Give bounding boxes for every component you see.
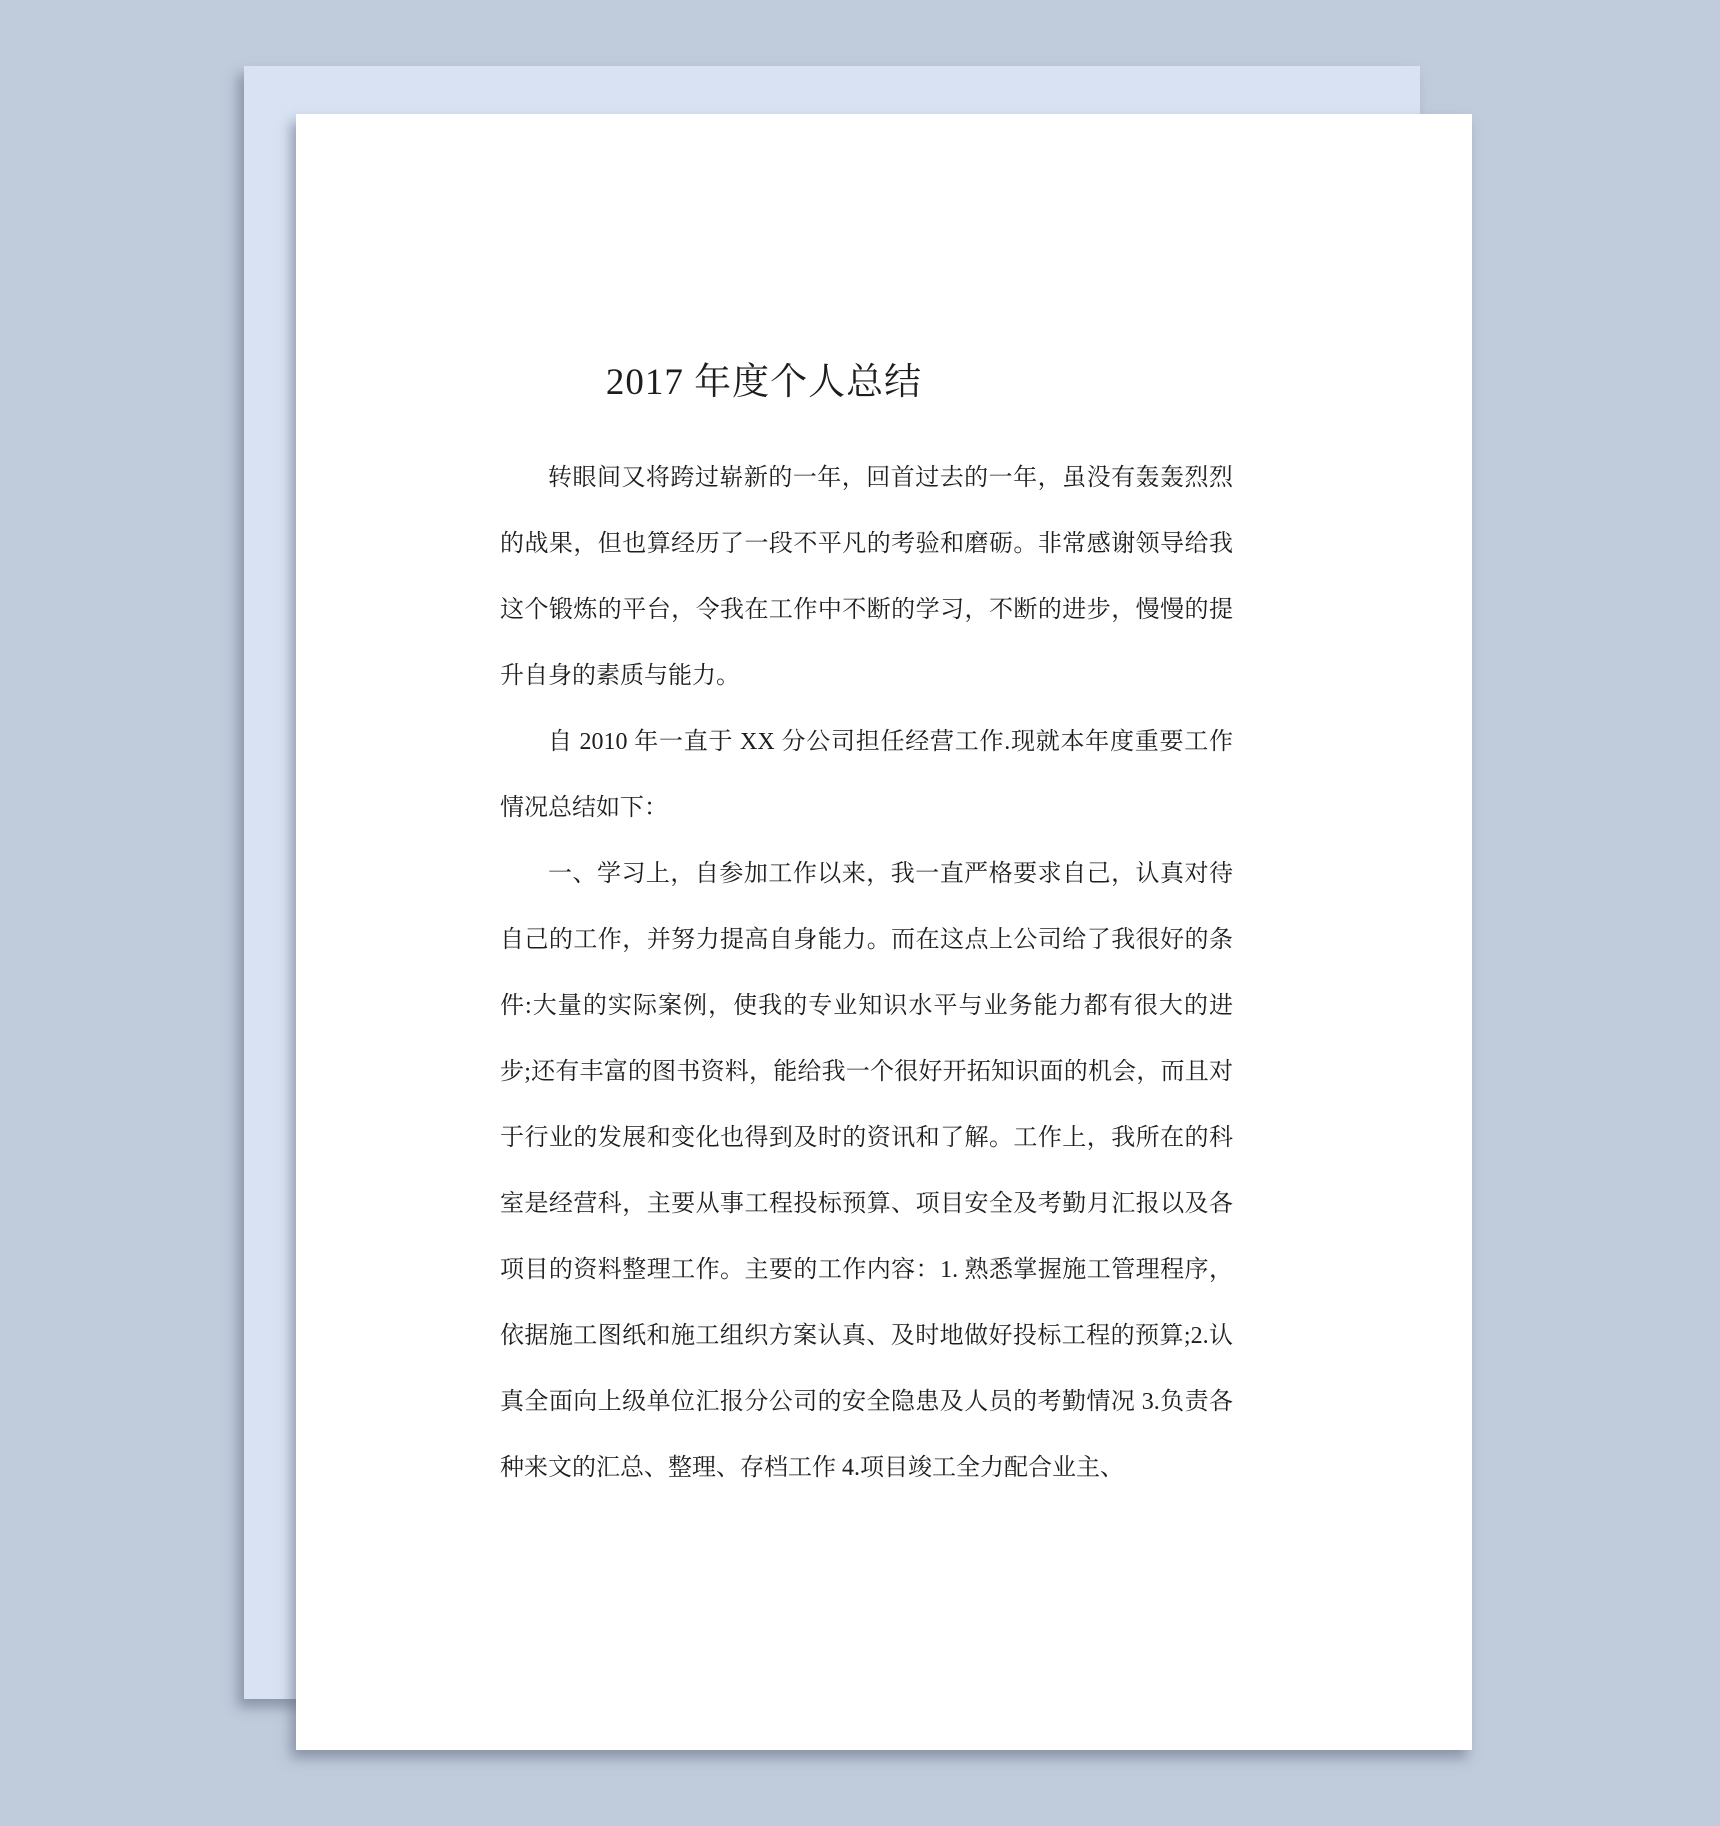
document-content: 2017 年度个人总结 转眼间又将跨过崭新的一年，回首过去的一年，虽没有轰轰烈烈…: [500, 114, 1233, 1501]
document-title: 2017 年度个人总结: [500, 114, 1233, 414]
paragraph: 转眼间又将跨过崭新的一年，回首过去的一年，虽没有轰轰烈烈的战果，但也算经历了一段…: [500, 445, 1233, 709]
paragraph: 一、学习上，自参加工作以来，我一直严格要求自己，认真对待自己的工作，并努力提高自…: [500, 841, 1233, 1501]
document-body: 转眼间又将跨过崭新的一年，回首过去的一年，虽没有轰轰烈烈的战果，但也算经历了一段…: [500, 445, 1233, 1501]
desktop-background: 2017 年度个人总结 转眼间又将跨过崭新的一年，回首过去的一年，虽没有轰轰烈烈…: [0, 0, 1720, 1826]
document-page: 2017 年度个人总结 转眼间又将跨过崭新的一年，回首过去的一年，虽没有轰轰烈烈…: [296, 114, 1472, 1750]
paragraph: 自 2010 年一直于 XX 分公司担任经营工作.现就本年度重要工作情况总结如下…: [500, 709, 1233, 841]
